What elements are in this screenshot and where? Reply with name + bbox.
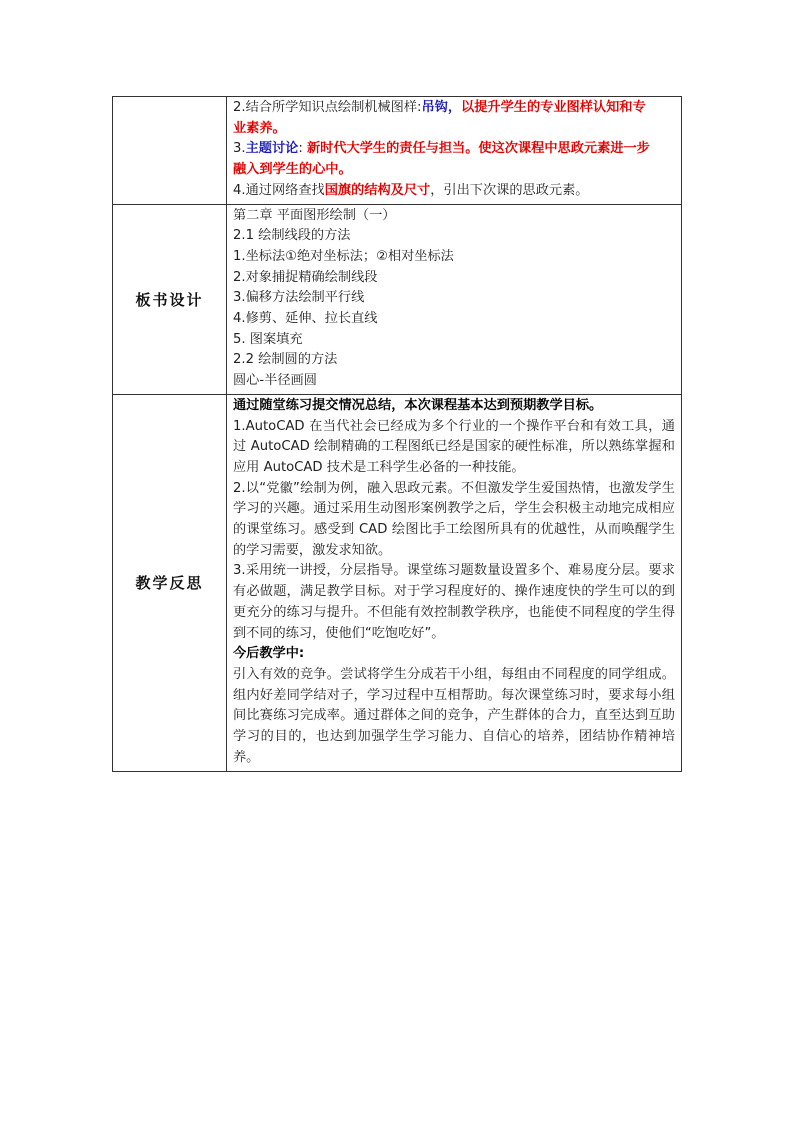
reflection-summary: 通过随堂练习提交情况总结，本次课程基本达到预期教学目标。 (233, 396, 675, 417)
board-line: 圆心-半径画圆 (233, 371, 675, 392)
lesson-plan-table: 2.结合所学知识点绘制机械图样:吊钩，以提升学生的专业图样认知和专 业素养。 3… (112, 96, 682, 772)
activity-number: 3. (233, 141, 246, 156)
row-label-board-design: 板书设计 (113, 204, 227, 394)
table-row-reflection: 教学反思 通过随堂练习提交情况总结，本次课程基本达到预期教学目标。 1.Auto… (113, 394, 682, 771)
activity-line-2-cont: 业素养。 (233, 119, 675, 140)
board-line: 4.修剪、延伸、拉长直线 (233, 309, 675, 330)
colon: : (298, 141, 307, 156)
activity-line-2: 2.结合所学知识点绘制机械图样:吊钩，以提升学生的专业图样认知和专 (233, 98, 675, 119)
board-line: 3.偏移方法绘制平行线 (233, 288, 675, 309)
reflection-paragraph-3: 3.采用统一讲授，分层指导。课堂练习题数量设置多个、难易度分层。要求有必做题，满… (233, 561, 675, 644)
row-label-reflection: 教学反思 (113, 394, 227, 771)
highlight-goal: 以提升学生的专业图样认知和专 (461, 100, 646, 115)
highlight-hook: 吊钩， (421, 100, 461, 115)
activity-text: 2.结合所学知识点绘制机械图样: (233, 100, 421, 115)
reflection-paragraph-1: 1.AutoCAD 在当代社会已经成为多个行业的一个操作平台和有效工具，通过 A… (233, 417, 675, 479)
activity-line-4: 4.通过网络查找国旗的结构及尺寸，引出下次课的思政元素。 (233, 181, 675, 202)
highlight-topic-text: 新时代大学生的责任与担当。使这次课程中思政元素进一步 (307, 141, 650, 156)
highlight-flag: 国旗的结构及尺寸 (325, 183, 431, 198)
board-line: 1.坐标法①绝对坐标法；②相对坐标法 (233, 247, 675, 268)
reflection-paragraph-2: 2.以“党徽”绘制为例，融入思政元素。不但激发学生爱国热情，也激发学生学习的兴趣… (233, 479, 675, 562)
row-label-empty (113, 97, 227, 205)
activity-line-3-cont: 融入到学生的心中。 (233, 160, 675, 181)
future-teaching-heading: 今后教学中: (233, 644, 675, 665)
board-line: 第二章 平面图形绘制（一） (233, 206, 675, 227)
activity-text: 4.通过网络查找 (233, 183, 325, 198)
future-teaching-paragraph: 引入有效的竞争。尝试将学生分成若干小组，每组由不同程度的同学组成。组内好差同学结… (233, 665, 675, 769)
board-line: 2.1 绘制线段的方法 (233, 226, 675, 247)
board-design-content: 第二章 平面图形绘制（一） 2.1 绘制线段的方法 1.坐标法①绝对坐标法；②相… (227, 204, 682, 394)
activities-content: 2.结合所学知识点绘制机械图样:吊钩，以提升学生的专业图样认知和专 业素养。 3… (227, 97, 682, 205)
table-row-activities: 2.结合所学知识点绘制机械图样:吊钩，以提升学生的专业图样认知和专 业素养。 3… (113, 97, 682, 205)
board-line: 2.2 绘制圆的方法 (233, 350, 675, 371)
board-line: 2.对象捕捉精确绘制线段 (233, 268, 675, 289)
highlight-topic: 主题讨论 (246, 141, 299, 156)
board-line: 5. 图案填充 (233, 330, 675, 351)
reflection-content: 通过随堂练习提交情况总结，本次课程基本达到预期教学目标。 1.AutoCAD 在… (227, 394, 682, 771)
highlight-topic-cont: 融入到学生的心中。 (233, 162, 352, 177)
highlight-goal-cont: 业素养。 (233, 121, 286, 136)
activity-line-3: 3.主题讨论: 新时代大学生的责任与担当。使这次课程中思政元素进一步 (233, 139, 675, 160)
activity-text: ，引出下次课的思政元素。 (430, 183, 588, 198)
table-row-board-design: 板书设计 第二章 平面图形绘制（一） 2.1 绘制线段的方法 1.坐标法①绝对坐… (113, 204, 682, 394)
